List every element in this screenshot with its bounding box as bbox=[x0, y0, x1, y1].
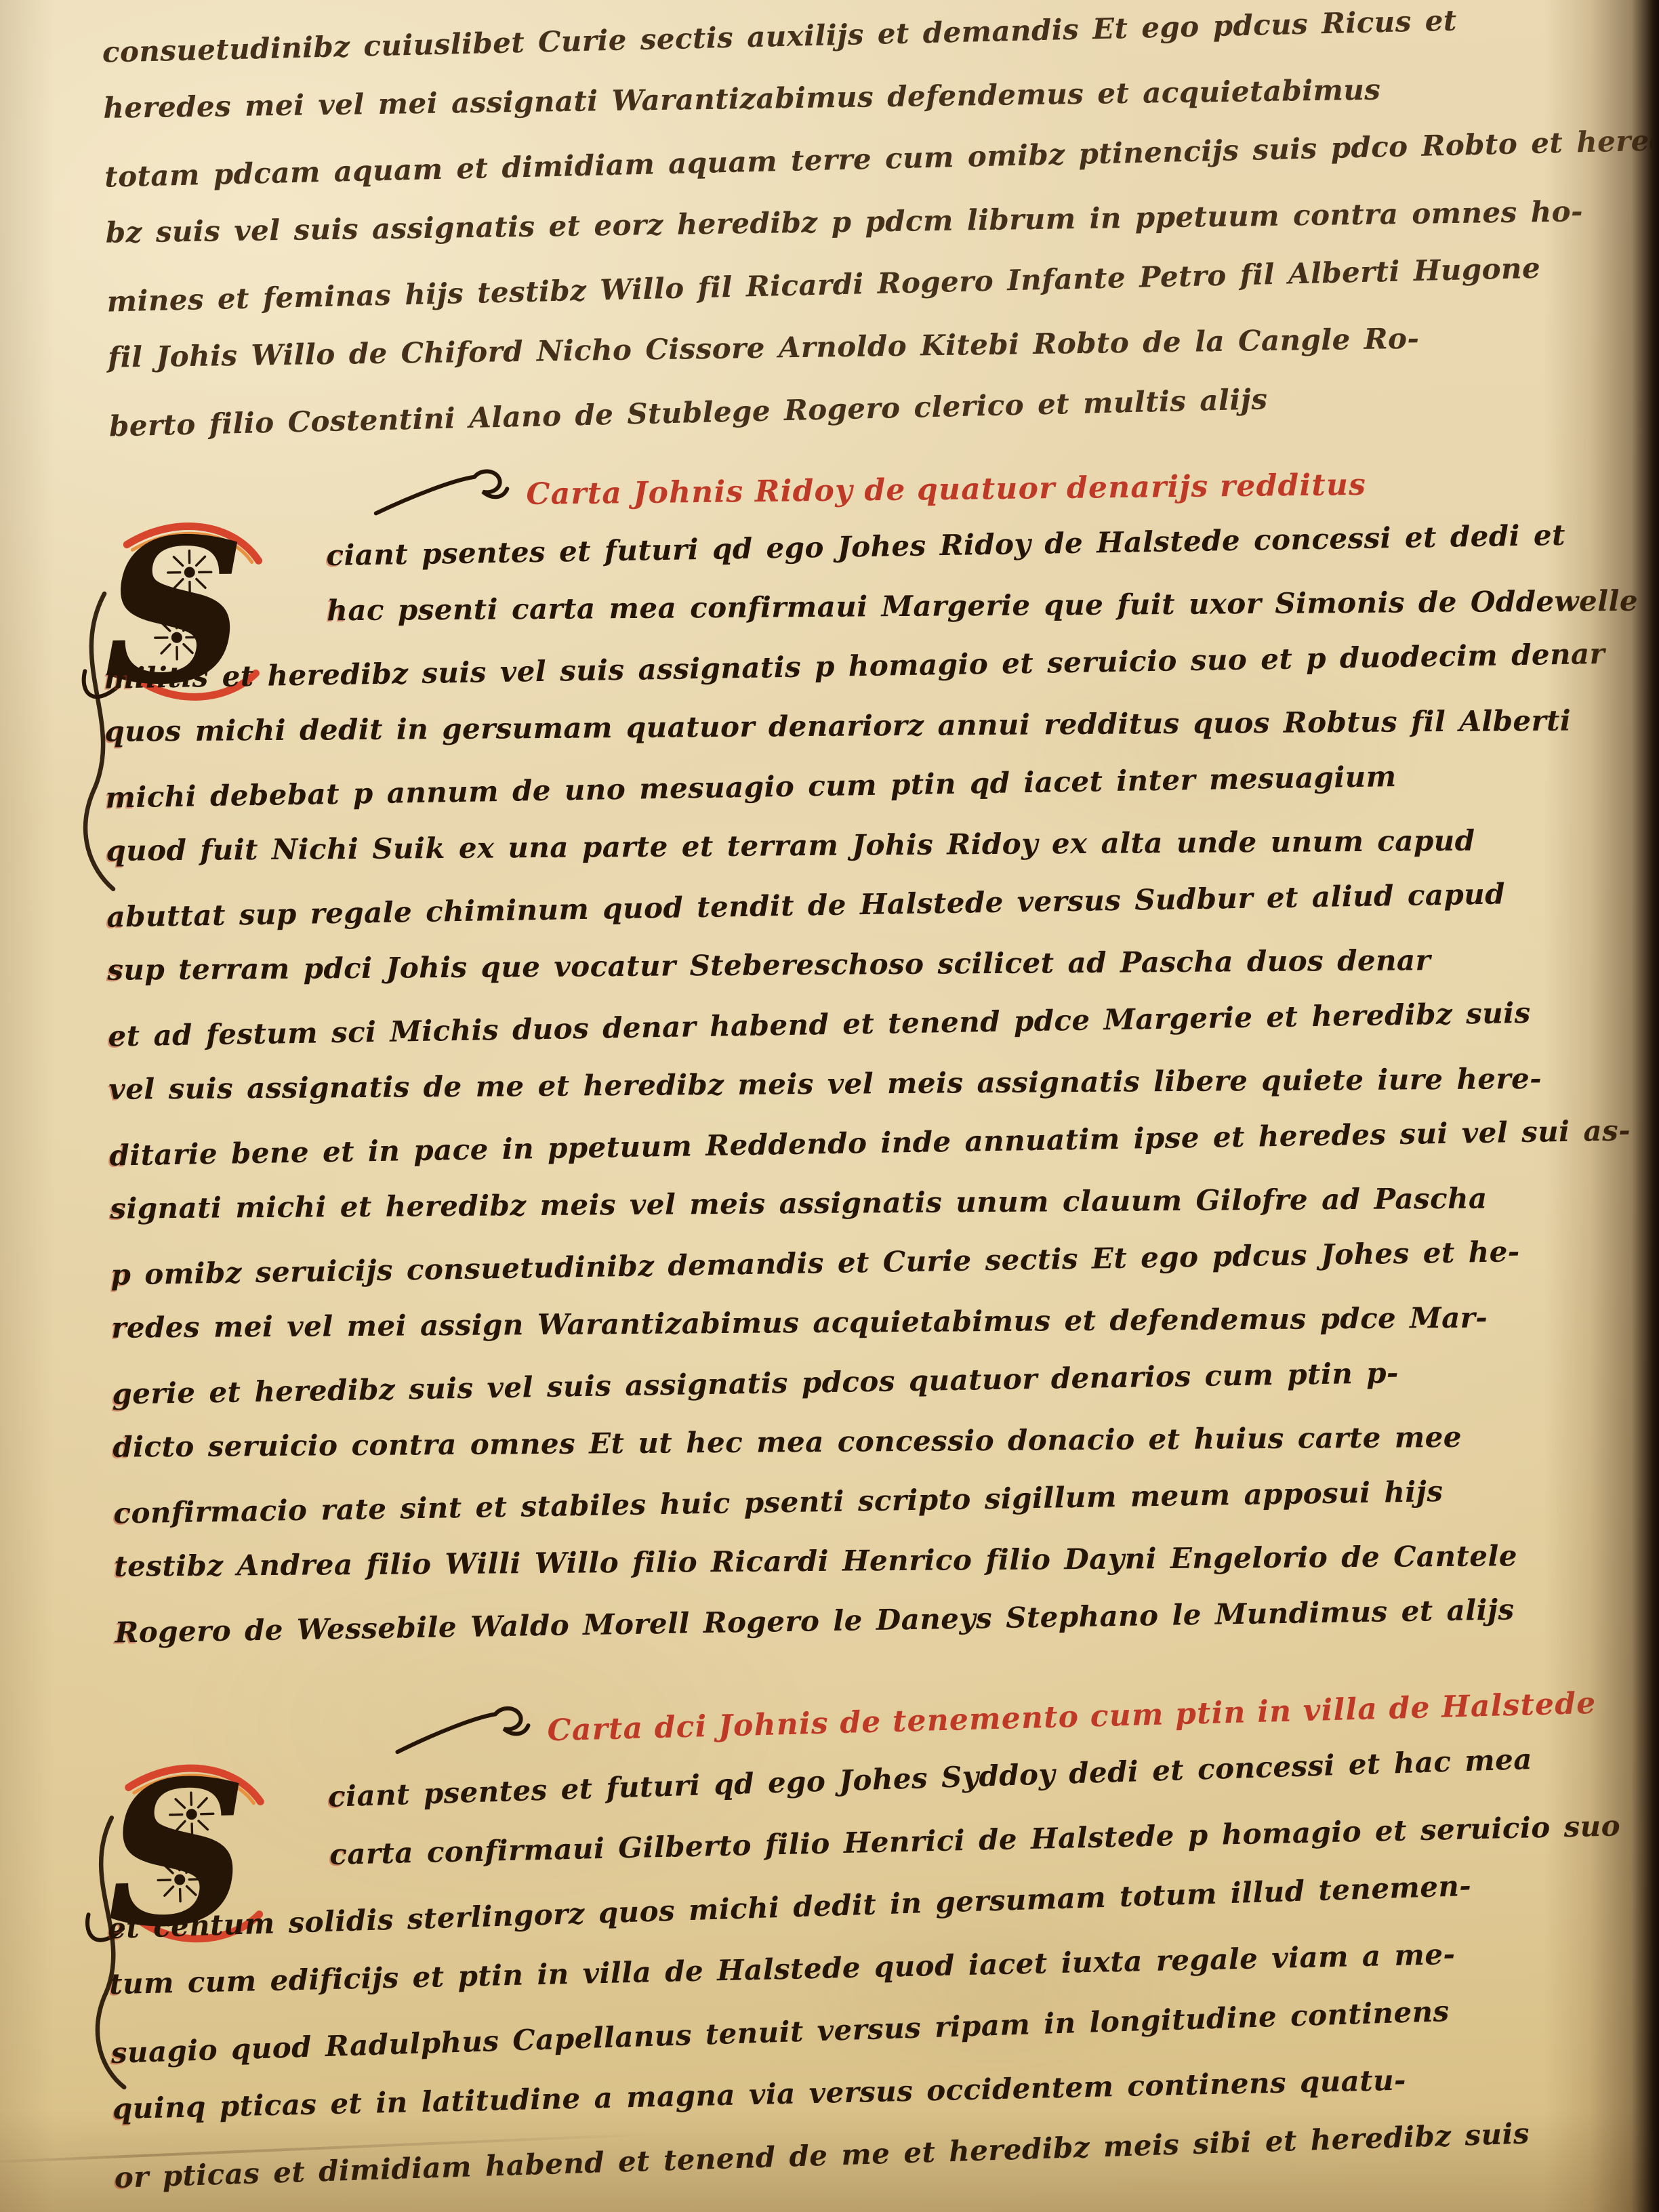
text-block: consuetudinibz cuiuslibet Curie sectis a… bbox=[102, 18, 1565, 2167]
rubric-row: Carta Johnis Ridoy de quatuor denarijs r… bbox=[373, 452, 1566, 517]
charter-lines: ciant psentes et futuri qd ego Johes Syd… bbox=[104, 1731, 1578, 2205]
charter-previous-ending: consuetudinibz cuiuslibet Curie sectis a… bbox=[102, 0, 1573, 454]
charter-tenement-halstede: Carta dci Johnis de tenemento cum ptin i… bbox=[102, 1674, 1578, 2205]
charter-lines: consuetudinibz cuiuslibet Curie sectis a… bbox=[102, 0, 1573, 454]
charter-body: consuetudinibz cuiuslibet Curie sectis a… bbox=[102, 0, 1573, 454]
page-edge-left bbox=[0, 0, 54, 2212]
manuscript-page: consuetudinibz cuiuslibet Curie sectis a… bbox=[0, 0, 1659, 2212]
paraph-mark-icon bbox=[394, 1704, 531, 1756]
charter-body: S bbox=[102, 509, 1579, 1658]
charter-ridoy-redditus: Carta Johnis Ridoy de quatuor denarijs r… bbox=[102, 452, 1579, 1658]
charter-body: S bbox=[104, 1731, 1578, 2205]
charter-lines: ciant psentes et futuri qd ego Johes Rid… bbox=[102, 509, 1579, 1658]
paraph-mark-icon bbox=[373, 467, 509, 517]
rubric-title: Carta Johnis Ridoy de quatuor denarijs r… bbox=[526, 468, 1366, 516]
